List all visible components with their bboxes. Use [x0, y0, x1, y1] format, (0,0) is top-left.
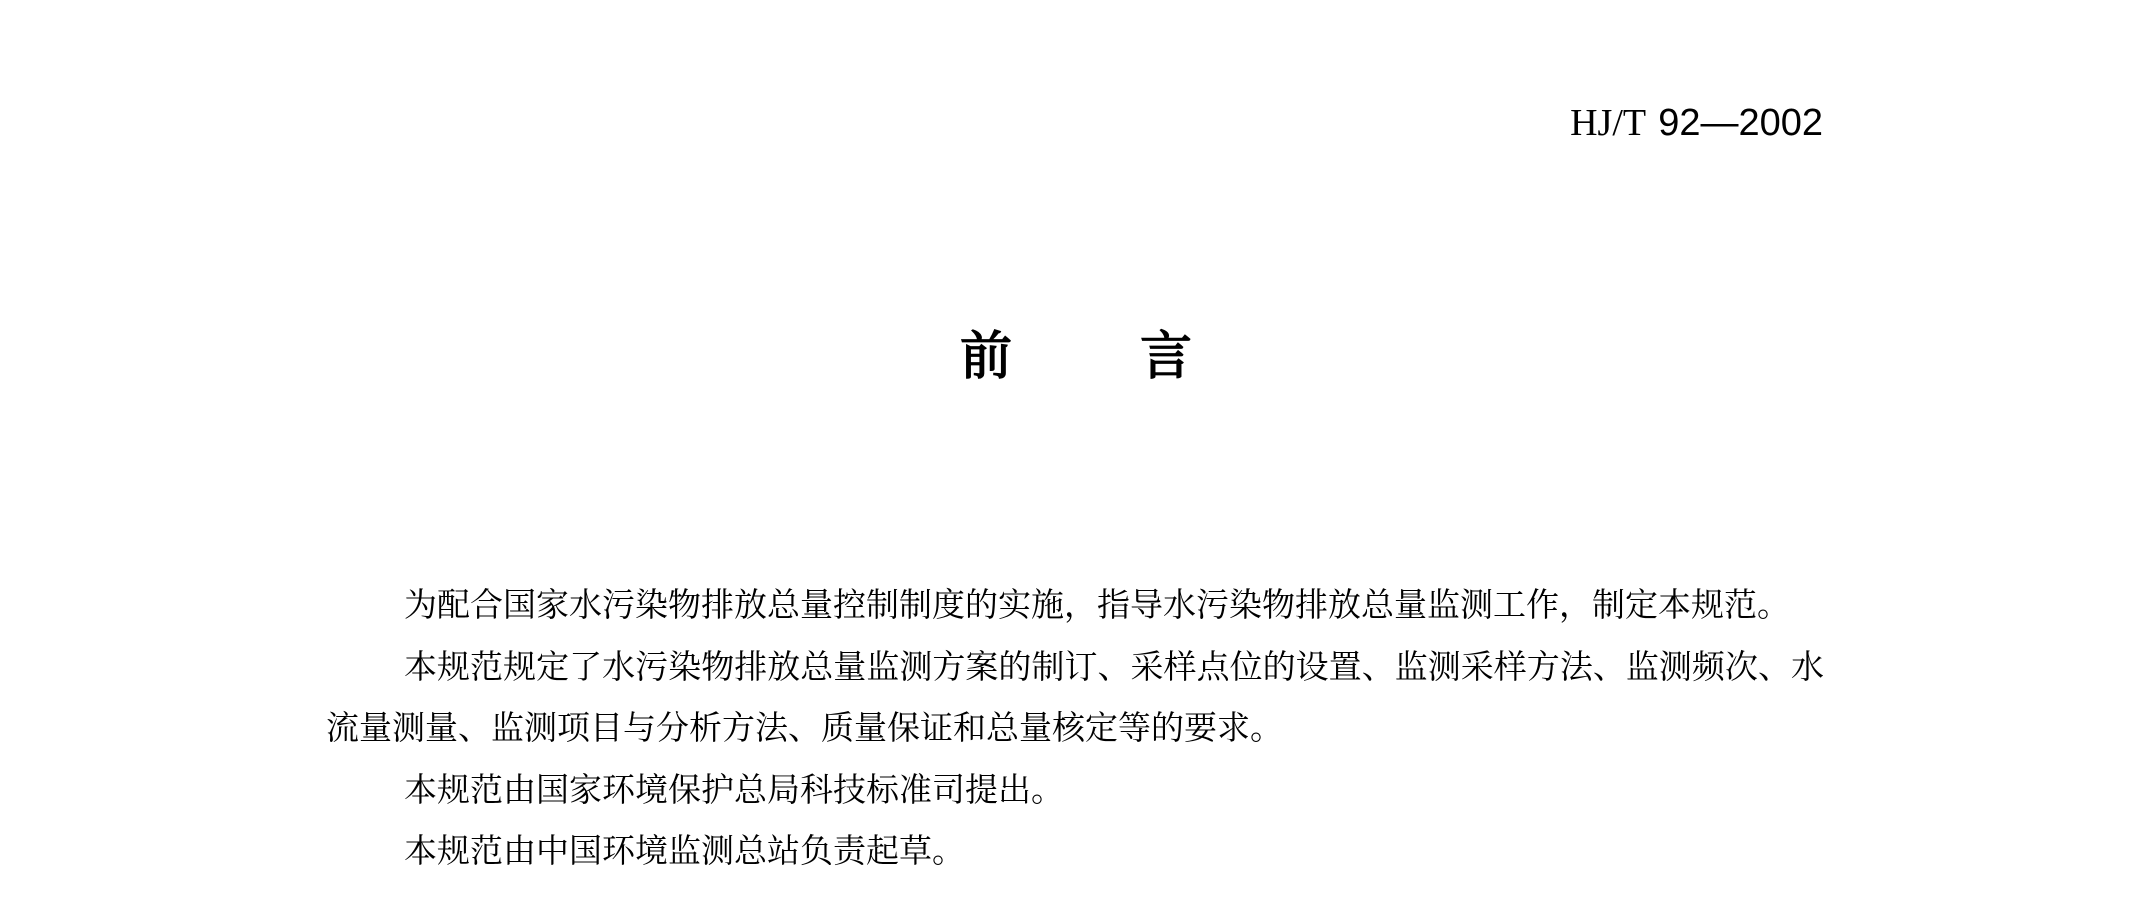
- paragraph-purpose: 为配合国家水污染物排放总量控制制度的实施，指导水污染物排放总量监测工作，制定本规…: [326, 574, 1824, 636]
- standard-prefix: HJ/T: [1570, 102, 1646, 144]
- standard-code-header: HJ/T 92—2002: [1570, 100, 1823, 145]
- title-char-2: 言: [1140, 326, 1192, 388]
- paragraph-proposer: 本规范由国家环境保护总局科技标准司提出。: [326, 759, 1824, 821]
- paragraph-scope: 本规范规定了水污染物排放总量监测方案的制订、采样点位的设置、监测采样方法、监测频…: [326, 636, 1824, 759]
- standard-number: 92—2002: [1658, 102, 1823, 144]
- title-char-1: 前: [960, 326, 1012, 388]
- preface-body: 为配合国家水污染物排放总量控制制度的实施，指导水污染物排放总量监测工作，制定本规…: [326, 574, 1824, 882]
- document-page: HJ/T 92—2002 前 言 为配合国家水污染物排放总量控制制度的实施，指导…: [0, 0, 2149, 900]
- page-title: 前 言: [960, 326, 1192, 388]
- paragraph-drafter: 本规范由中国环境监测总站负责起草。: [326, 820, 1824, 882]
